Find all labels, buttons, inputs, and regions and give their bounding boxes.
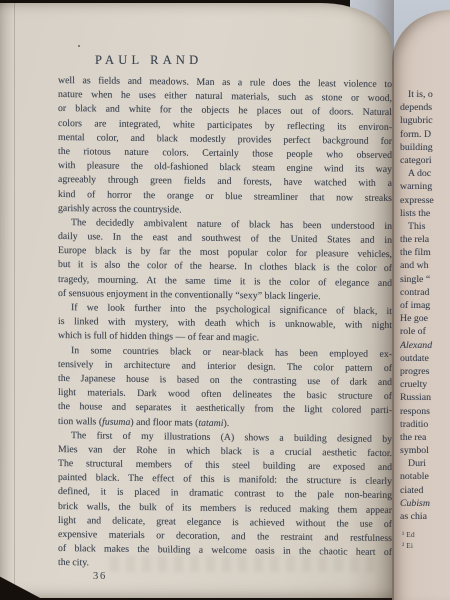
text-line: traditio [400, 418, 450, 431]
left-page-text: well as fields and meadows. Man as a rul… [58, 74, 392, 575]
text-line: expresse [400, 194, 450, 207]
text-line: warning [400, 180, 450, 193]
right-page-footnotes: ¹ Ed² Ei [392, 523, 450, 551]
text-line: lists the [400, 207, 450, 220]
text-line: categori [400, 154, 450, 167]
text-line: the rea [400, 431, 450, 444]
text-line: Alexand [400, 339, 450, 352]
text-line: contrad [400, 286, 450, 299]
text-line: outdate [400, 352, 450, 365]
right-page: It is, odependslugubricform. Dbuildingca… [392, 10, 450, 600]
right-page-text: It is, odependslugubricform. Dbuildingca… [392, 10, 450, 523]
left-page: PAUL RAND well as fields and meadows. Ma… [0, 3, 392, 598]
text-line: Russian [400, 391, 450, 404]
text-line: of imag [400, 299, 450, 312]
text-line: Duri [400, 457, 450, 470]
text-line: This [400, 220, 450, 233]
text-line: role of [400, 325, 450, 338]
text-line: the rela [400, 233, 450, 246]
text-line: as chia [400, 510, 450, 523]
paper-speck [78, 45, 80, 47]
text-line: Cubism [400, 497, 450, 510]
text-line: He goe [400, 312, 450, 325]
text-line: ciated [400, 484, 450, 497]
text-line: notable [400, 470, 450, 483]
page-edge-stack [0, 3, 15, 598]
running-header: PAUL RAND [95, 53, 202, 68]
text-line: building [400, 141, 450, 154]
text-line: and wh [400, 259, 450, 272]
footnote-line: ² Ei [402, 541, 450, 552]
book-photo: PAUL RAND well as fields and meadows. Ma… [0, 0, 450, 600]
text-line: symbol [400, 444, 450, 457]
footnote-line: ¹ Ed [402, 530, 450, 541]
text-line: cruelty [400, 378, 450, 391]
text-line: single “ [400, 273, 450, 286]
page-number: 36 [93, 571, 107, 582]
text-line: form. D [400, 128, 450, 141]
text-line: It is, o [400, 88, 450, 101]
text-line: lugubric [400, 114, 450, 127]
text-line: the film [400, 246, 450, 259]
text-line: progres [400, 365, 450, 378]
text-line: respons [400, 405, 450, 418]
text-line: A doc [400, 167, 450, 180]
text-line: depends [400, 101, 450, 114]
